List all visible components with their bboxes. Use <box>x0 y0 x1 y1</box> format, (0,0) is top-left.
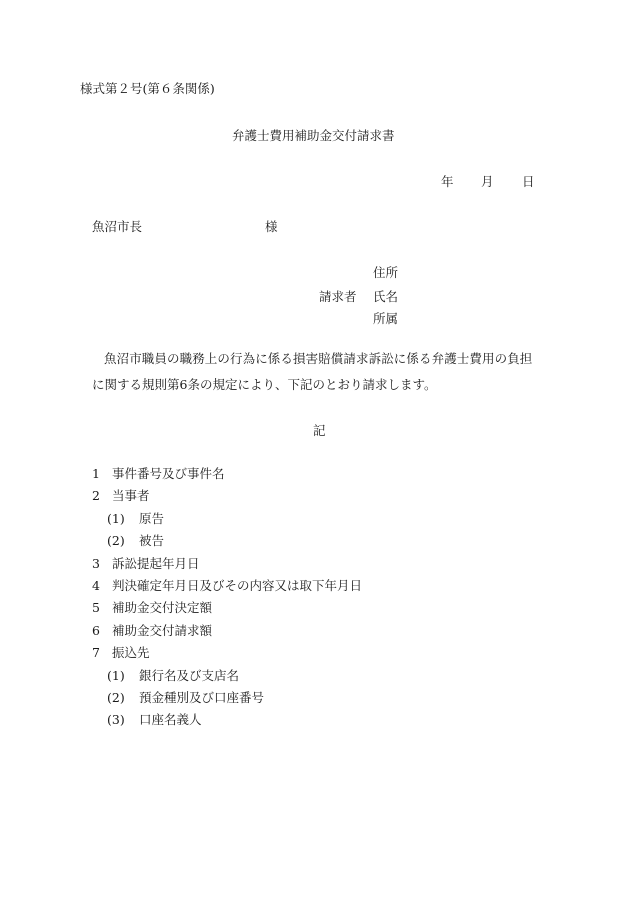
item-number: 5 <box>92 600 112 622</box>
list-item: 1事件番号及び事件名 <box>92 466 362 488</box>
list-subitem: (1)銀行名及び支店名 <box>92 668 362 690</box>
item-number: 7 <box>92 645 112 667</box>
list-subitem: (3)口座名義人 <box>92 712 362 734</box>
date-month-label: 月 <box>481 174 494 190</box>
item-number: (1) <box>107 511 139 533</box>
list-subitem: (2)被告 <box>92 533 362 555</box>
list-item: 4判決確定年月日及びその内容又は取下年月日 <box>92 578 362 600</box>
item-label: 判決確定年月日及びその内容又は取下年月日 <box>112 578 362 600</box>
item-number: (2) <box>107 533 139 555</box>
item-label: 補助金交付決定額 <box>112 600 212 622</box>
item-number: 4 <box>92 578 112 600</box>
list-item: 7振込先 <box>92 645 362 667</box>
body-text-line-1: 魚沼市職員の職務上の行為に係る損害賠償請求訴訟に係る弁護士費用の負担 <box>104 351 532 367</box>
item-number: 2 <box>92 488 112 510</box>
item-label: 原告 <box>139 511 164 533</box>
requester-affiliation-label: 所属 <box>373 311 398 327</box>
item-label: 被告 <box>139 533 164 555</box>
list-subitem: (2)預金種別及び口座番号 <box>92 690 362 712</box>
item-list: 1事件番号及び事件名 2当事者 (1)原告 (2)被告 3訴訟提起年月日 4判決… <box>92 466 362 735</box>
date-year-label: 年 <box>441 174 454 190</box>
item-number: 6 <box>92 623 112 645</box>
list-item: 6補助金交付請求額 <box>92 623 362 645</box>
list-subitem: (1)原告 <box>92 511 362 533</box>
item-label: 事件番号及び事件名 <box>112 466 225 488</box>
item-label: 預金種別及び口座番号 <box>139 690 264 712</box>
item-label: 補助金交付請求額 <box>112 623 212 645</box>
item-number: (2) <box>107 690 139 712</box>
item-number: (1) <box>107 668 139 690</box>
date-day-label: 日 <box>522 174 535 190</box>
item-label: 振込先 <box>112 645 150 667</box>
item-number: 3 <box>92 556 112 578</box>
item-number: 1 <box>92 466 112 488</box>
document-title: 弁護士費用補助金交付請求書 <box>232 128 395 144</box>
requester-name-label: 氏名 <box>373 289 398 305</box>
requester-label: 請求者 <box>319 289 357 305</box>
list-item: 5補助金交付決定額 <box>92 600 362 622</box>
list-item: 2当事者 <box>92 488 362 510</box>
addressee-name: 魚沼市長 <box>92 219 142 235</box>
item-label: 訴訟提起年月日 <box>112 556 200 578</box>
item-label: 口座名義人 <box>139 712 202 734</box>
item-number: (3) <box>107 712 139 734</box>
item-label: 当事者 <box>112 488 150 510</box>
body-text-line-2: に関する規則第6条の規定により、下記のとおり請求します。 <box>92 377 436 393</box>
requester-address-label: 住所 <box>373 265 398 281</box>
form-number: 様式第２号(第６条関係) <box>80 81 215 97</box>
addressee-honorific: 様 <box>265 219 278 235</box>
ki-heading: 記 <box>313 423 326 439</box>
item-label: 銀行名及び支店名 <box>139 668 239 690</box>
list-item: 3訴訟提起年月日 <box>92 556 362 578</box>
